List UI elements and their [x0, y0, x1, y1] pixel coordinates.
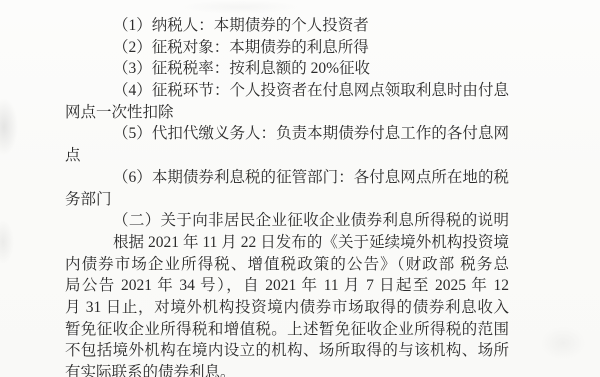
document-line: 月 31 日止，对境外机构投资境内债券市场取得的债券利息收入: [65, 297, 509, 319]
document-line: （二）关于向非居民企业征收企业债券利息所得税的说明: [65, 210, 509, 232]
document-body: （1）纳税人：本期债券的个人投资者 （2）征税对象：本期债券的利息所得 （3）征…: [65, 15, 509, 377]
document-line: 根据 2021 年 11 月 22 日发布的《关于延续境外机构投资境: [65, 232, 509, 254]
document-line: 点: [65, 145, 509, 167]
scan-smudge: [540, 326, 586, 360]
document-line: （6）本期债券利息税的征管部门：各付息网点所在地的税: [65, 167, 509, 189]
document-line: 局公告 2021 年 34 号），自 2021 年 11 月 7 日起至 202…: [65, 275, 509, 297]
document-line: 网点一次性扣除: [65, 102, 509, 124]
document-line: 务部门: [65, 189, 509, 211]
document-line: （2）征税对象：本期债券的利息所得: [65, 37, 509, 59]
document-line: 有实际联系的债券利息。: [65, 362, 509, 377]
document-line: （4）征税环节：个人投资者在付息网点领取利息时由付息: [65, 80, 509, 102]
document-line: 不包括境外机构在境内设立的机构、场所取得的与该机构、场所: [65, 340, 509, 362]
document-line: （3）征税税率：按利息额的 20%征收: [65, 58, 509, 80]
scan-smudge: [180, 0, 300, 14]
scan-smudge: [0, 98, 18, 156]
document-line: （1）纳税人：本期债券的个人投资者: [65, 15, 509, 37]
document-line: （5）代扣代缴义务人：负责本期债券付息工作的各付息网: [65, 123, 509, 145]
scan-smudge: [0, 220, 14, 264]
document-line: 暂免征收企业所得税和增值税。上述暂免征收企业所得税的范围: [65, 319, 509, 341]
document-line: 内债券市场企业所得税、增值税政策的公告》（财政部 税务总: [65, 254, 509, 276]
document-page: （1）纳税人：本期债券的个人投资者 （2）征税对象：本期债券的利息所得 （3）征…: [0, 0, 600, 377]
